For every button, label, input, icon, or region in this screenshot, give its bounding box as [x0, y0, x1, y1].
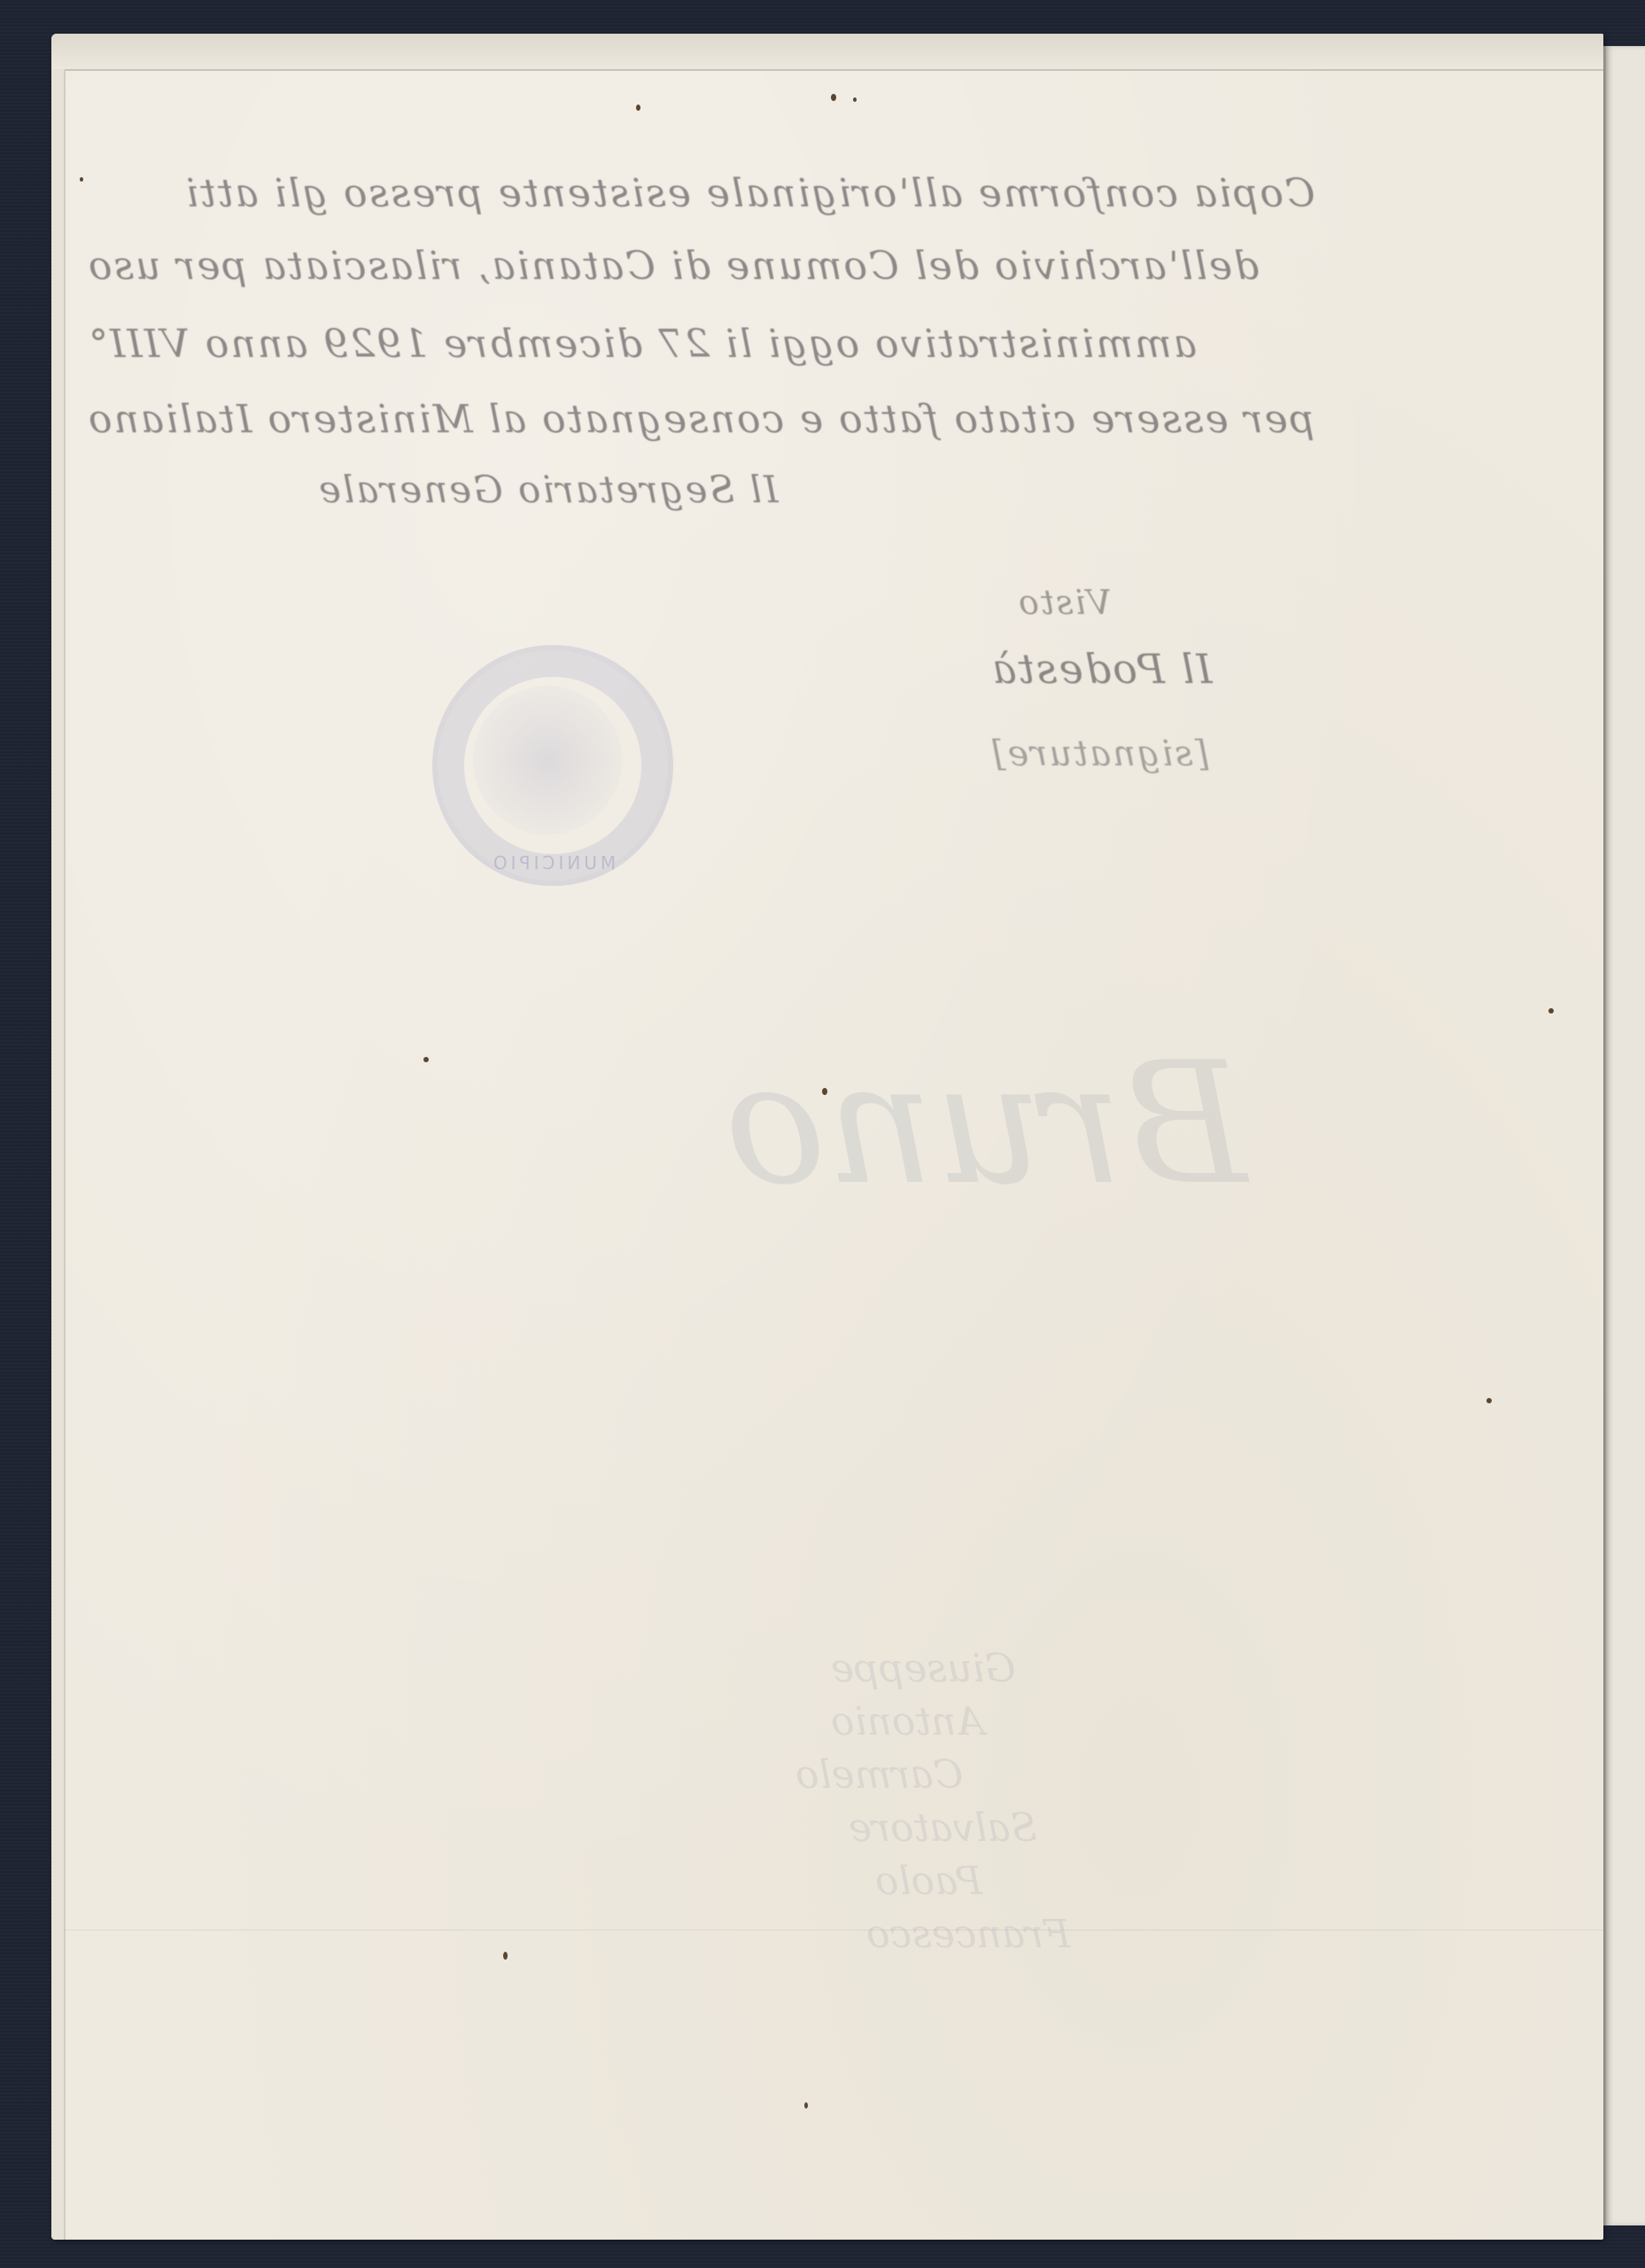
document-page: Copia conforme all'originale esistente p…	[51, 34, 1603, 2240]
bleed-through-visto: Visto	[1017, 583, 1112, 622]
bleed-through-signature: [signature]	[990, 734, 1208, 774]
seal-text: MUNICIPIO	[438, 852, 668, 874]
underlying-page-edge	[1603, 46, 1645, 2225]
seal-emblem-icon	[473, 686, 622, 835]
bleed-through-line-3: amministrativo oggi li 27 dicembre 1929 …	[87, 322, 1197, 367]
foxing-spot	[822, 1088, 827, 1095]
deckled-left-edge	[51, 69, 66, 2240]
bleed-through-line-2: dell'archivio del Comune di Catania, ril…	[87, 244, 1259, 289]
ghost-watermark-title: Bruno	[725, 1026, 1247, 1222]
municipal-seal-stamp: MUNICIPIO	[432, 645, 673, 886]
ghost-line-5: Paolo	[875, 1859, 982, 1904]
ghost-line-4: Salvatore	[849, 1806, 1037, 1851]
bleed-through-line-1: Copia conforme all'originale esistente p…	[184, 171, 1315, 216]
foxing-spot	[80, 177, 83, 182]
foxing-spot	[804, 2102, 808, 2109]
ghost-line-1: Giuseppe	[831, 1646, 1016, 1691]
foxing-spot	[831, 94, 836, 101]
foxing-spot	[636, 105, 640, 111]
foxing-spot	[1486, 1398, 1492, 1403]
foxing-spot	[423, 1057, 429, 1062]
foxing-spot	[503, 1952, 508, 1960]
ghost-line-3: Carmelo	[795, 1752, 963, 1798]
bleed-through-line-4: per essere citato fatto e consegnato al …	[87, 397, 1315, 442]
ghost-line-2: Antonio	[831, 1699, 984, 1744]
bleed-through-closing: Il Segretario Generale	[317, 468, 779, 511]
foxing-spot	[853, 97, 857, 102]
foxing-spot	[1548, 1008, 1554, 1014]
bleed-through-podesta: Il Podestà	[990, 645, 1212, 693]
paper-crease	[64, 1930, 1603, 1930]
ghost-line-6: Francesco	[866, 1912, 1071, 1957]
torn-top-edge	[51, 34, 1603, 71]
